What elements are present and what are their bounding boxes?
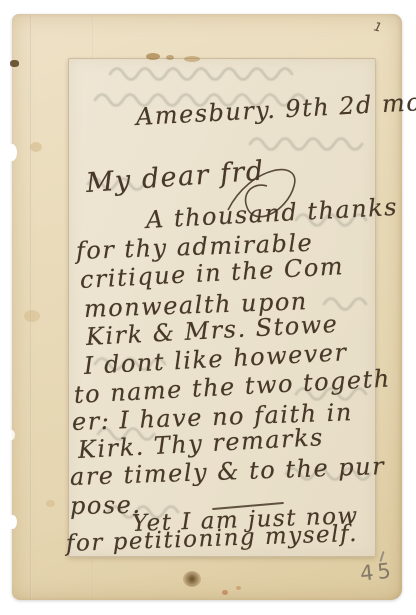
letter-photograph: Amesbury. 9th 2d mo. My dear frd A thous…: [0, 0, 416, 615]
stain: [166, 55, 174, 60]
page-number-pencil: 45: [359, 558, 396, 585]
stain: [30, 142, 42, 152]
deckle-notch: [8, 515, 17, 529]
stain: [184, 56, 200, 62]
deckle-notch: [9, 430, 15, 440]
stain: [222, 590, 228, 595]
stain: [236, 586, 241, 590]
stain: [10, 60, 19, 67]
stain: [46, 500, 55, 507]
deckle-notch: [7, 144, 17, 161]
stain: [183, 571, 201, 587]
stain: [146, 53, 160, 60]
stain: [24, 310, 40, 322]
page-crease: [30, 14, 32, 600]
